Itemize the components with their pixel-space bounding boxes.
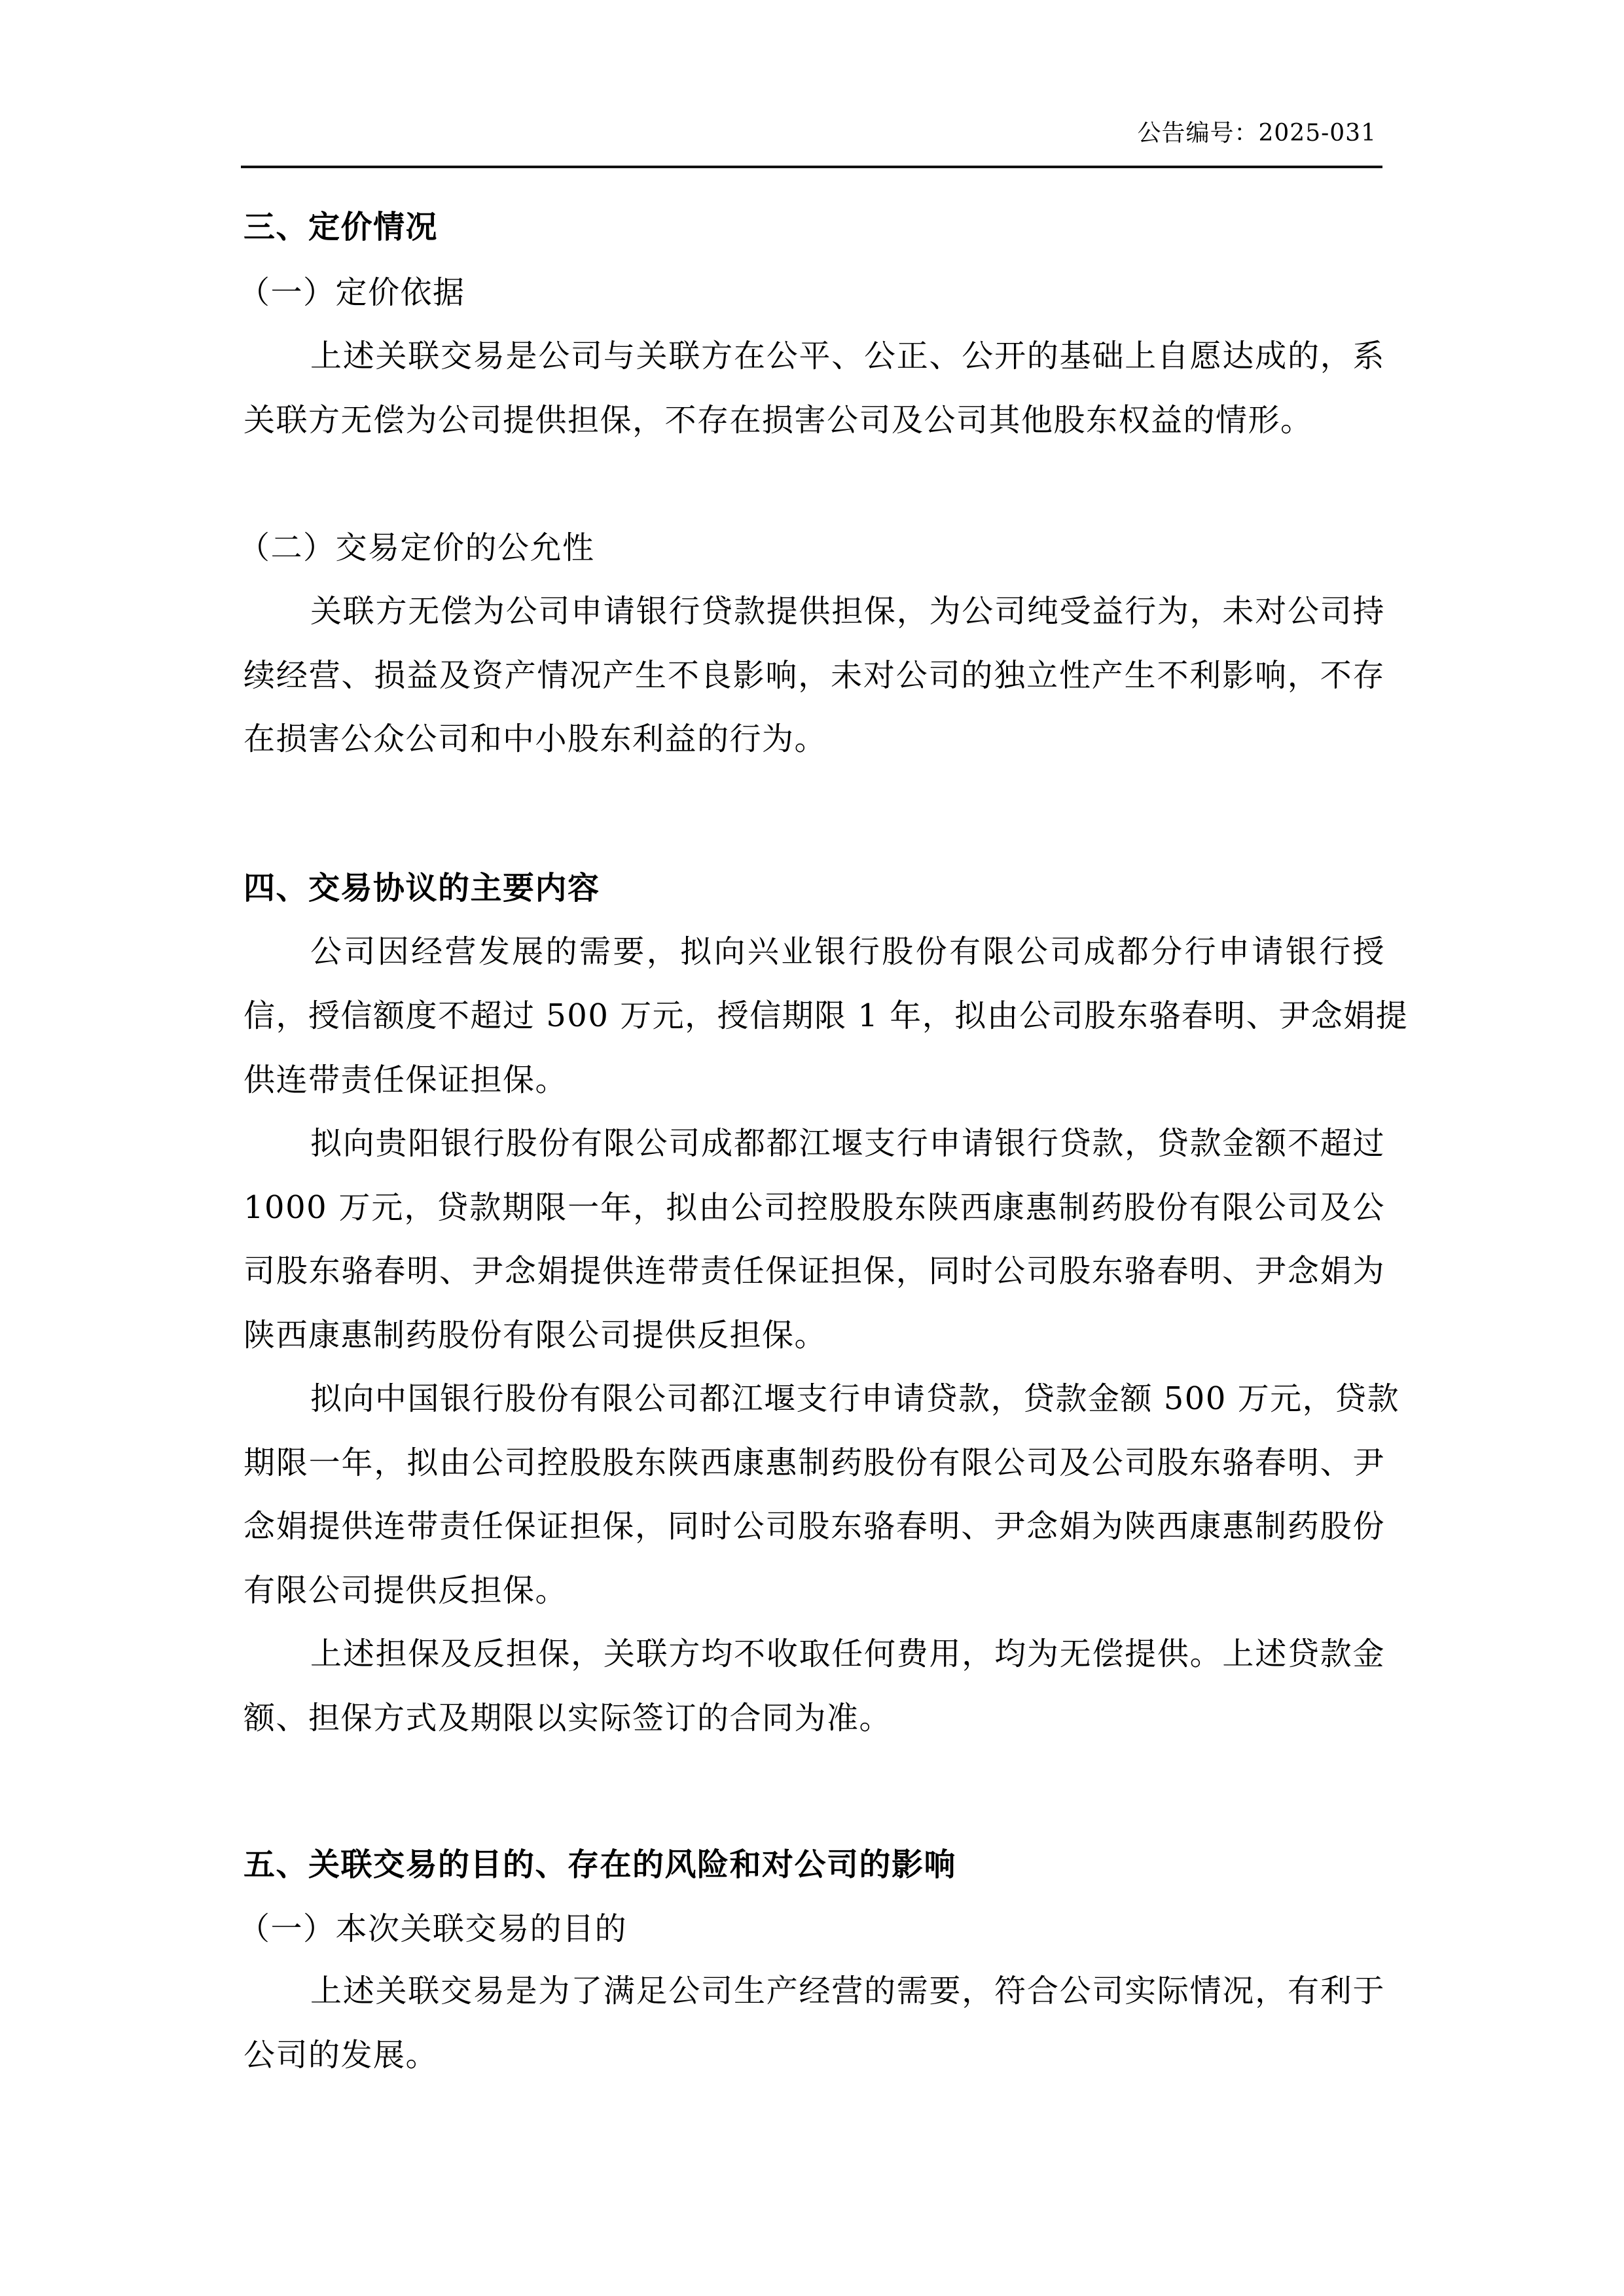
paragraph-line: 供连带责任保证担保。	[244, 1060, 1385, 1100]
paragraph-line: 额、担保方式及期限以实际签订的合同为准。	[244, 1698, 1385, 1738]
paragraph-line: 期限一年，拟由公司控股股东陕西康惠制药股份有限公司及公司股东骆春明、尹	[244, 1443, 1385, 1482]
paragraph-line: 念娟提供连带责任保证担保，同时公司股东骆春明、尹念娟为陕西康惠制药股份	[244, 1507, 1385, 1546]
paragraph-line: 司股东骆春明、尹念娟提供连带责任保证担保，同时公司股东骆春明、尹念娟为	[244, 1251, 1385, 1291]
paragraph-line: 有限公司提供反担保。	[244, 1571, 1385, 1610]
notice-number: 公告编号：2025-031	[1138, 118, 1377, 149]
subsection-title-pricing-basis: （一）定价依据	[238, 273, 1380, 312]
paragraph-line: 拟向贵阳银行股份有限公司成都都江堰支行申请银行贷款，贷款金额不超过	[310, 1124, 1385, 1163]
paragraph-line: 上述担保及反担保，关联方均不收取任何费用，均为无偿提供。上述贷款金	[310, 1634, 1385, 1674]
paragraph-line: 关联方无偿为公司提供担保，不存在损害公司及公司其他股东权益的情形。	[244, 401, 1385, 440]
paragraph-line: 关联方无偿为公司申请银行贷款提供担保，为公司纯受益行为，未对公司持	[310, 592, 1385, 631]
section-heading-agreement: 四、交易协议的主要内容	[244, 869, 1385, 908]
paragraph-line: 1000 万元，贷款期限一年，拟由公司控股股东陕西康惠制药股份有限公司及公	[244, 1188, 1385, 1227]
paragraph-line: 在损害公众公司和中小股东利益的行为。	[244, 719, 1385, 759]
paragraph-line: 上述关联交易是为了满足公司生产经营的需要，符合公司实际情况，有利于	[310, 1971, 1385, 2011]
paragraph-line: 拟向中国银行股份有限公司都江堰支行申请贷款，贷款金额 500 万元，贷款	[310, 1379, 1385, 1418]
header-rule	[241, 166, 1382, 168]
section-heading-purpose-risk-impact: 五、关联交易的目的、存在的风险和对公司的影响	[244, 1845, 1385, 1884]
section-heading-pricing: 三、定价情况	[244, 207, 1385, 247]
paragraph-line: 公司因经营发展的需要，拟向兴业银行股份有限公司成都分行申请银行授	[310, 932, 1385, 971]
paragraph-line: 公司的发展。	[244, 2036, 1385, 2075]
paragraph-line: 陕西康惠制药股份有限公司提供反担保。	[244, 1316, 1385, 1355]
paragraph-line: 信，授信额度不超过 500 万元，授信期限 1 年，拟由公司股东骆春明、尹念娟提	[244, 996, 1385, 1035]
paragraph-line: 续经营、损益及资产情况产生不良影响，未对公司的独立性产生不利影响，不存	[244, 656, 1385, 695]
subsection-title-pricing-fairness: （二）交易定价的公允性	[238, 528, 1380, 567]
subsection-title-purpose: （一）本次关联交易的目的	[238, 1909, 1380, 1948]
paragraph-line: 上述关联交易是公司与关联方在公平、公正、公开的基础上自愿达成的，系	[310, 336, 1385, 376]
